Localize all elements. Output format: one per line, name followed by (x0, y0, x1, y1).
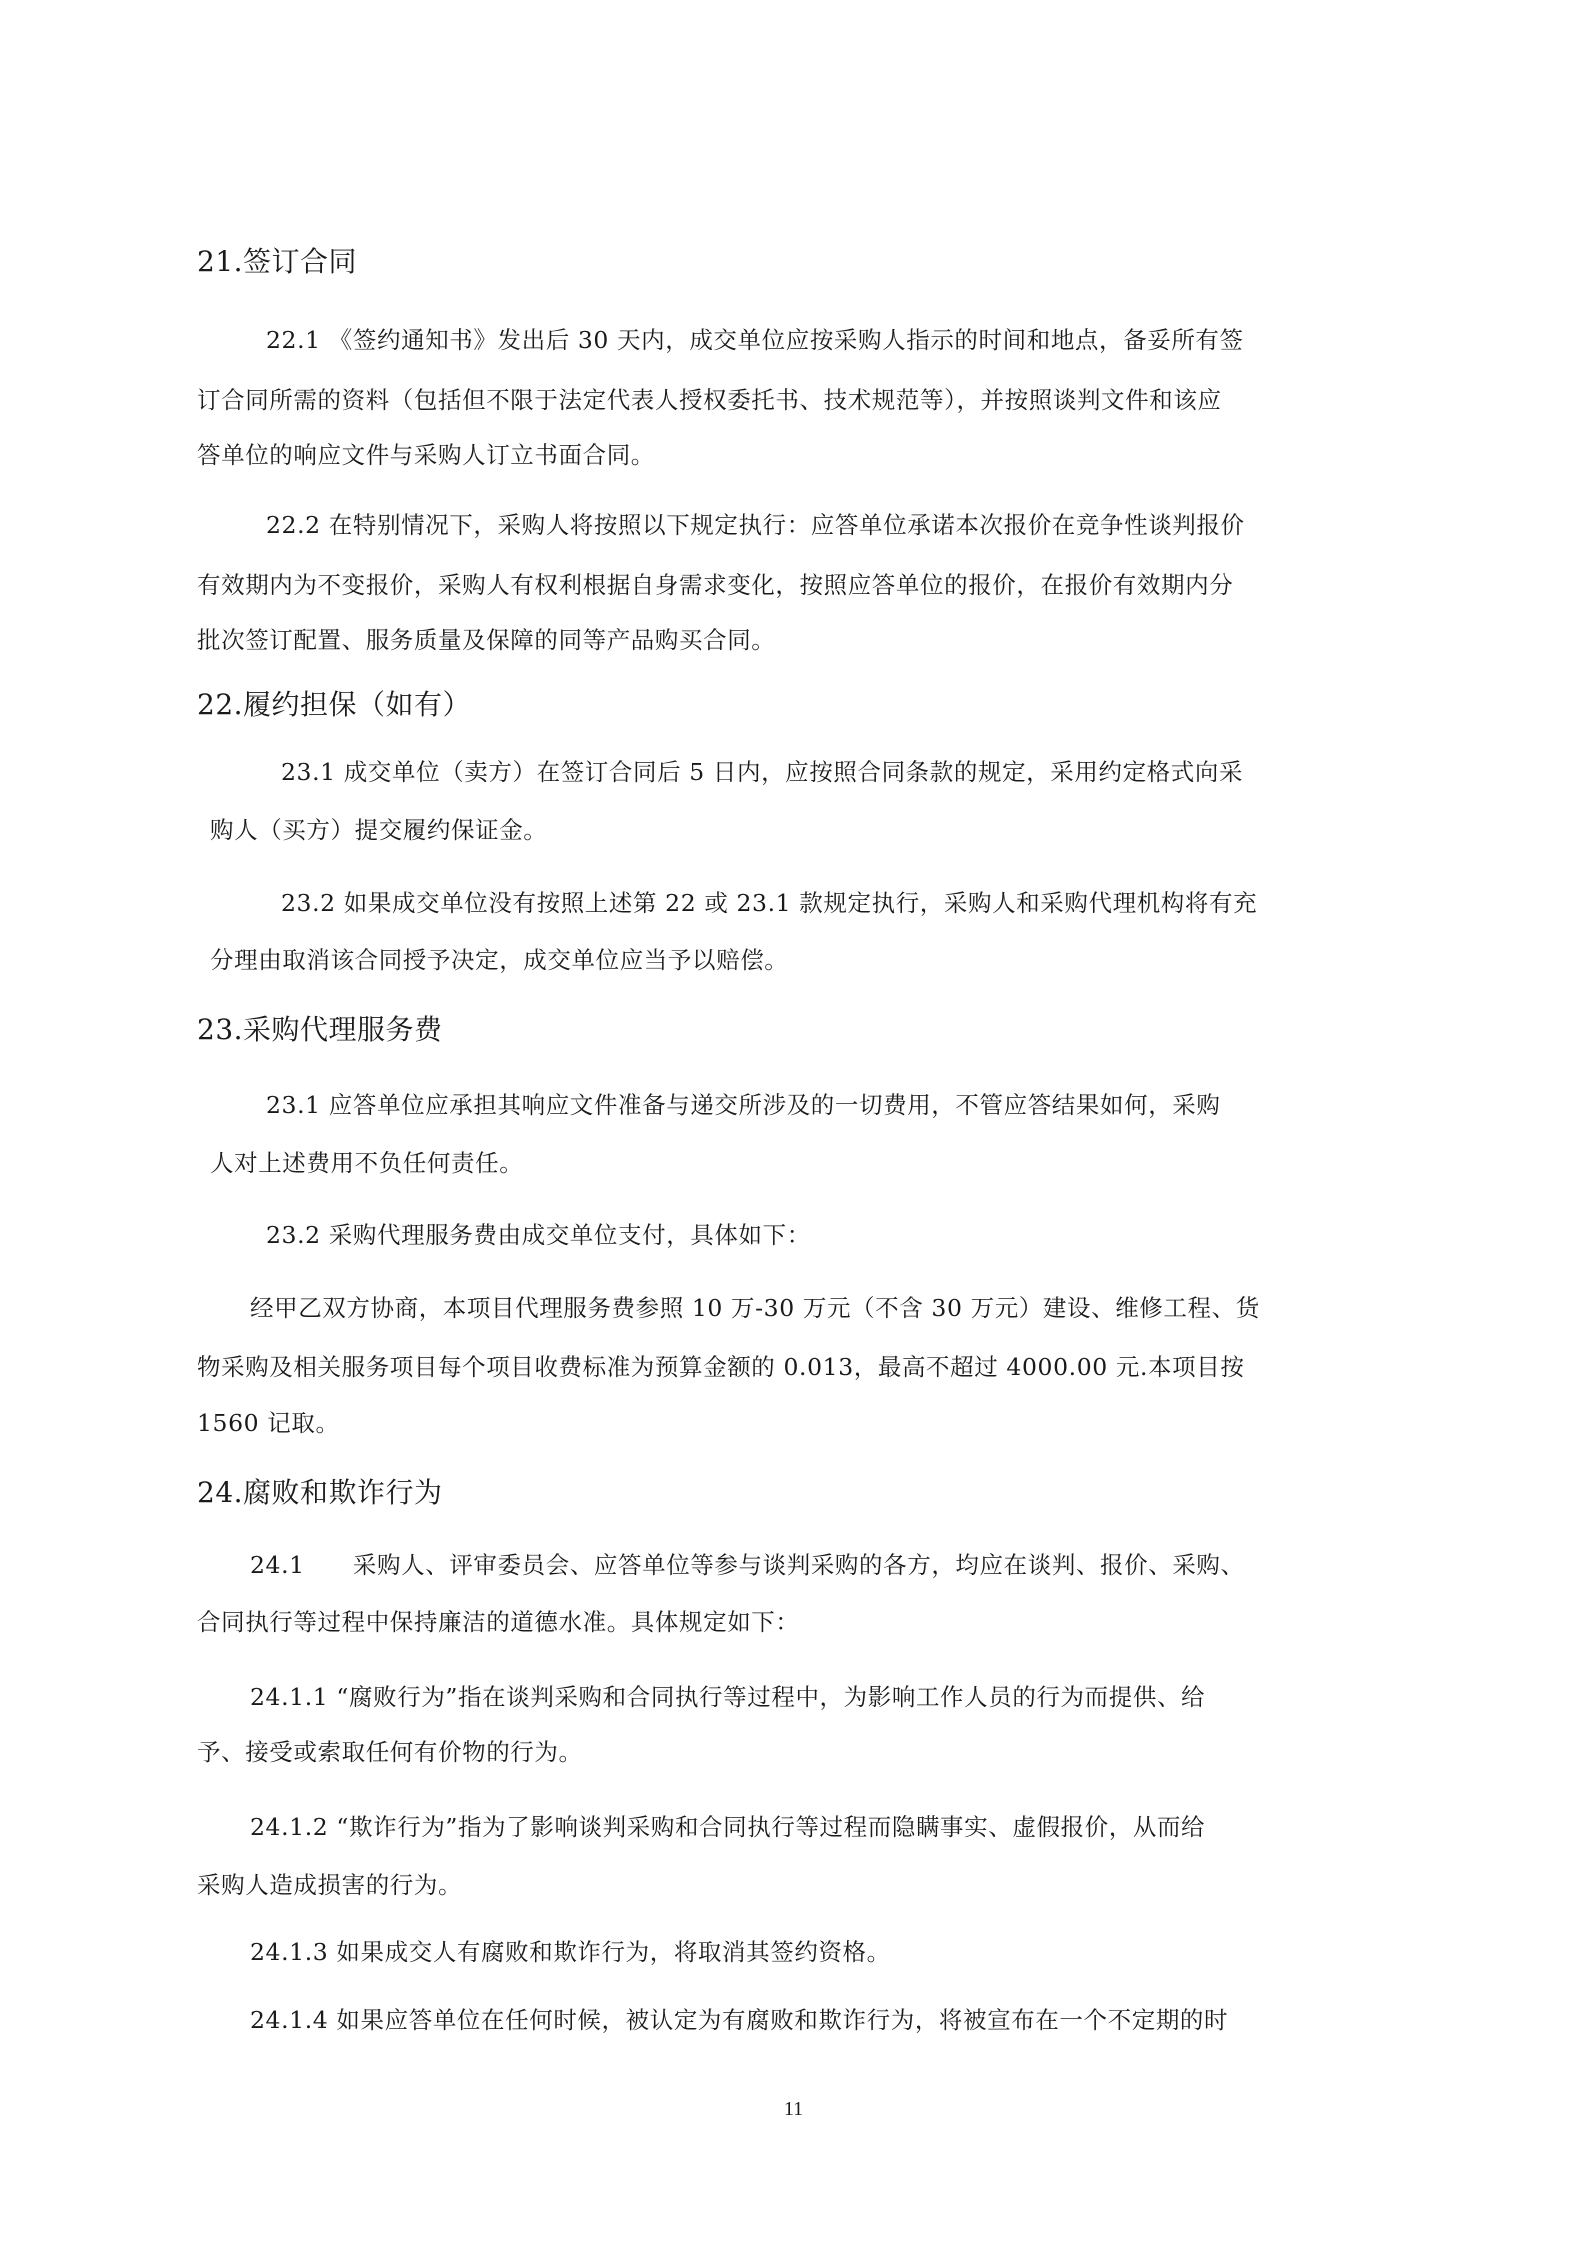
section-heading-22: 22.履约担保（如有） (197, 687, 471, 723)
paragraph-line: 批次签订配置、服务质量及保障的同等产品购买合同。 (197, 625, 775, 655)
paragraph-line: 予、接受或索取任何有价物的行为。 (197, 1737, 583, 1767)
paragraph-line: 22.1 《签约通知书》发出后 30 天内，成交单位应按采购人指示的时间和地点，… (266, 325, 1244, 355)
document-page: 21.签订合同 22.1 《签约通知书》发出后 30 天内，成交单位应按采购人指… (0, 0, 1587, 2245)
paragraph-line: 采购人造成损害的行为。 (197, 1870, 462, 1900)
paragraph-line: 订合同所需的资料（包括但不限于法定代表人授权委托书、技术规范等），并按照谈判文件… (197, 385, 1222, 415)
paragraph-line: 23.2 如果成交单位没有按照上述第 22 或 23.1 款规定执行，采购人和采… (281, 888, 1257, 918)
paragraph-line: 24.1.3 如果成交人有腐败和欺诈行为，将取消其签约资格。 (250, 1937, 891, 1967)
page-number: 11 (0, 2097, 1587, 2121)
paragraph-line: 人对上述费用不负任何责任。 (210, 1148, 523, 1178)
paragraph-line: 23.2 采购代理服务费由成交单位支付，具体如下： (266, 1220, 811, 1250)
section-heading-23: 23.采购代理服务费 (197, 1012, 443, 1048)
paragraph-line: 1560 记取。 (197, 1408, 340, 1438)
paragraph-line: 购人（买方）提交履约保证金。 (210, 815, 547, 845)
paragraph-line: 分理由取消该合同授予决定，成交单位应当予以赔偿。 (210, 945, 788, 975)
paragraph-line: 有效期内为不变报价，采购人有权利根据自身需求变化，按照应答单位的报价，在报价有效… (197, 570, 1233, 600)
paragraph-line: 物采购及相关服务项目每个项目收费标准为预算金额的 0.013，最高不超过 400… (197, 1352, 1244, 1382)
paragraph-line: 合同执行等过程中保持廉洁的道德水准。具体规定如下： (197, 1607, 800, 1637)
paragraph-line: 24.1.2 “欺诈行为”指为了影响谈判采购和合同执行等过程而隐瞒事实、虚假报价… (250, 1812, 1205, 1842)
paragraph-line: 24.1.1 “腐败行为”指在谈判采购和合同执行等过程中，为影响工作人员的行为而… (250, 1682, 1205, 1712)
paragraph-line: 经甲乙双方协商，本项目代理服务费参照 10 万-30 万元（不含 30 万元）建… (250, 1293, 1260, 1323)
paragraph-line: 23.1 成交单位（卖方）在签订合同后 5 日内，应按照合同条款的规定，采用约定… (281, 757, 1243, 787)
section-heading-24: 24.腐败和欺诈行为 (197, 1475, 443, 1511)
paragraph-line: 23.1 应答单位应承担其响应文件准备与递交所涉及的一切费用，不管应答结果如何，… (266, 1090, 1221, 1120)
paragraph-line: 答单位的响应文件与采购人订立书面合同。 (197, 440, 655, 470)
paragraph-line: 24.1 采购人、评审委员会、应答单位等参与谈判采购的各方，均应在谈判、报价、采… (250, 1550, 1245, 1580)
paragraph-line: 22.2 在特别情况下，采购人将按照以下规定执行：应答单位承诺本次报价在竞争性谈… (266, 510, 1245, 540)
section-heading-21: 21.签订合同 (197, 244, 357, 280)
paragraph-line: 24.1.4 如果应答单位在任何时候，被认定为有腐败和欺诈行为，将被宣布在一个不… (250, 2005, 1228, 2035)
